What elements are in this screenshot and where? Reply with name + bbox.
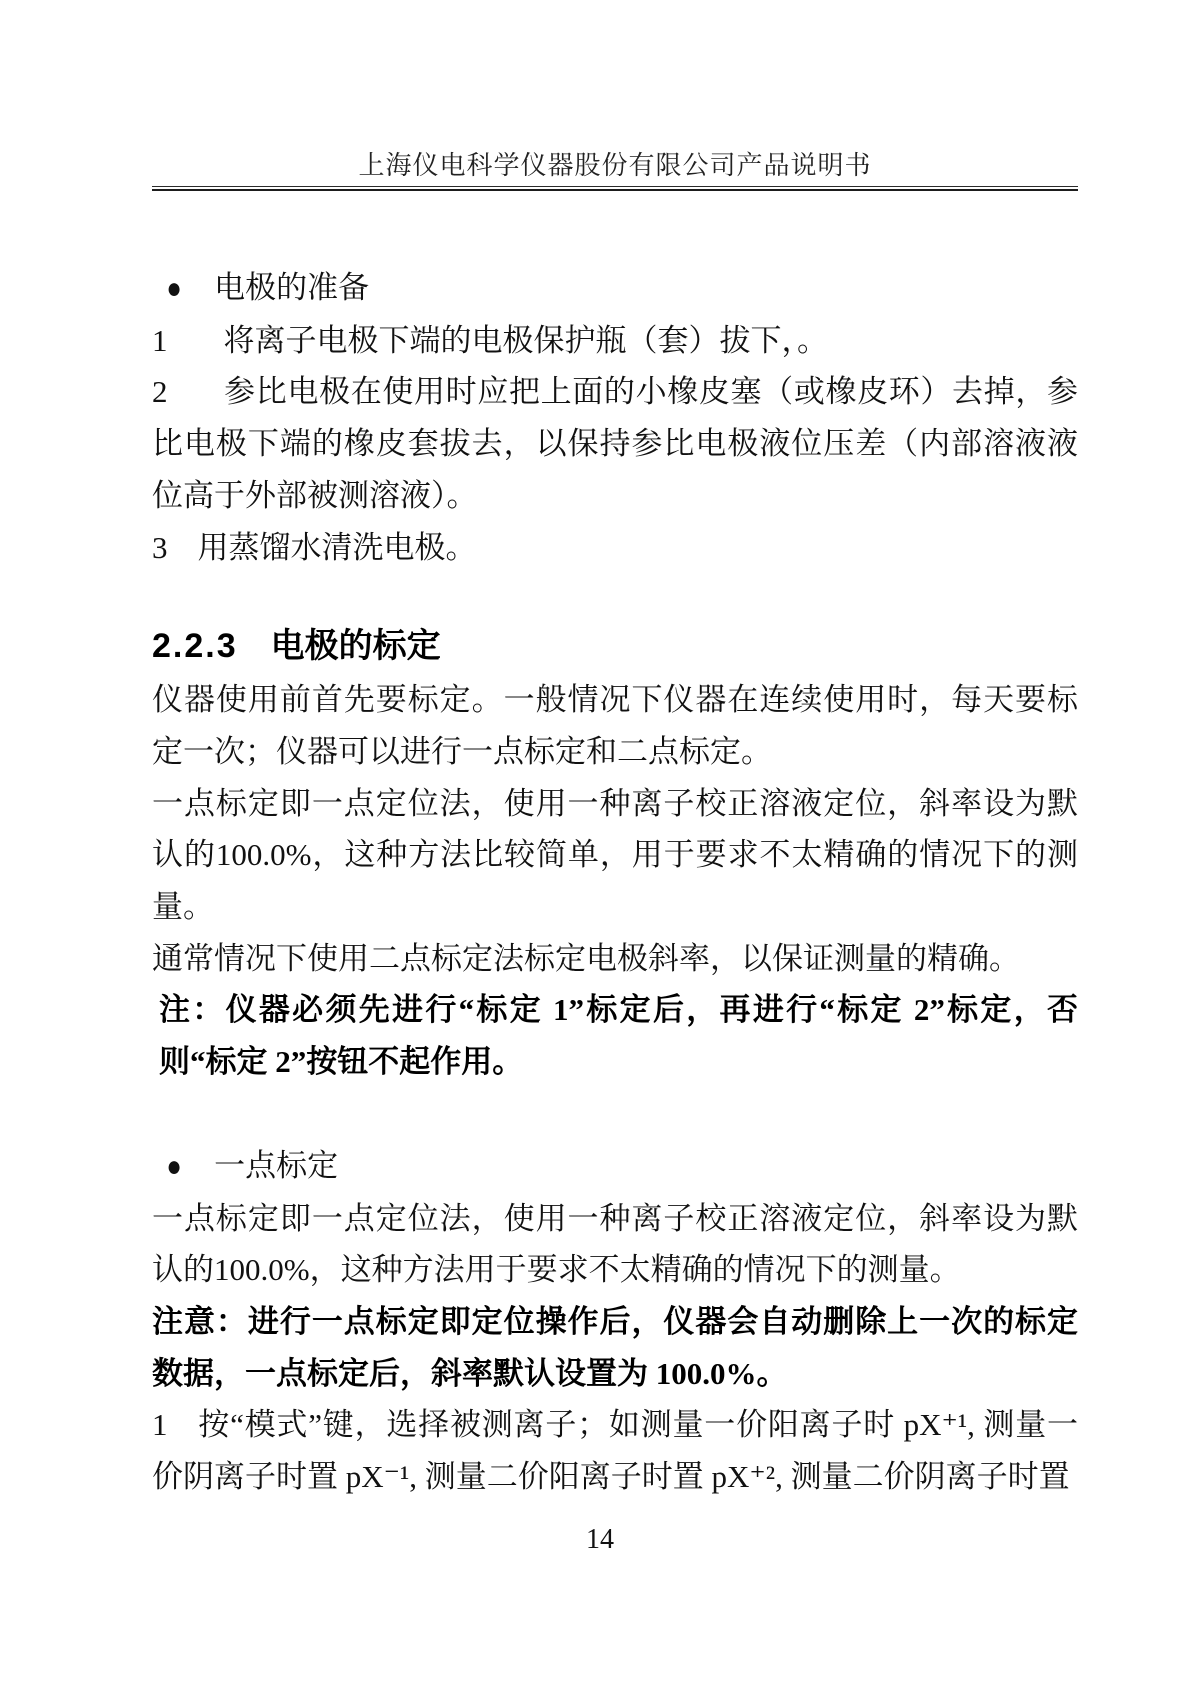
numbered-item-2: 2参比电极在使用时应把上面的小橡皮塞（或橡皮环）去掉，参比电极下端的橡皮套拔去，… [152, 366, 1078, 521]
bullet-dot-icon: ● [166, 1141, 181, 1193]
bullet-label: 电极的准备 [214, 270, 369, 305]
calibration-paragraph-2: 一点标定即一点定位法，使用一种离子校正溶液定位，斜率设为默认的100.0%，这种… [152, 778, 1078, 933]
calibration-paragraph-1: 仪器使用前首先要标定。一般情况下仪器在连续使用时，每天要标定一次；仪器可以进行一… [152, 674, 1078, 777]
page-content: 上海仪电科学仪器股份有限公司产品说明书 ●电极的准备 1将离子电极下端的电极保护… [152, 0, 1078, 1503]
item-number: 2 [152, 366, 224, 418]
numbered-item-1: 1将离子电极下端的电极保护瓶（套）拔下，。 [152, 315, 1078, 367]
item-number: 3 [152, 522, 198, 574]
item-text: 用蒸馏水清洗电极。 [198, 530, 477, 565]
calibration-paragraph-3: 通常情况下使用二点标定法标定电极斜率，以保证测量的精确。 [152, 933, 1078, 985]
heading-title: 电极的标定 [271, 627, 441, 665]
calibration-note: 注：仪器必须先进行“标定 1”标定后，再进行“标定 2”标定，否则“标定 2”按… [152, 984, 1078, 1087]
one-point-paragraph-1: 一点标定即一点定位法，使用一种离子校正溶液定位，斜率设为默认的100.0%，这种… [152, 1193, 1078, 1296]
section-electrode-preparation: ●电极的准备 1将离子电极下端的电极保护瓶（套）拔下，。 2参比电极在使用时应把… [152, 262, 1078, 573]
heading-number: 2.2.3 [152, 627, 271, 665]
bullet-item-one-point: ●一点标定 [152, 1140, 1078, 1193]
item-number: 1 [152, 315, 224, 367]
manual-page: 上海仪电科学仪器股份有限公司产品说明书 ●电极的准备 1将离子电极下端的电极保护… [0, 0, 1200, 1702]
section-one-point-calibration: ●一点标定 一点标定即一点定位法，使用一种离子校正溶液定位，斜率设为默认的100… [152, 1140, 1078, 1503]
item-text: 将离子电极下端的电极保护瓶（套）拔下，。 [224, 323, 829, 358]
section-heading-2-2-3: 2.2.3电极的标定 [152, 620, 1078, 672]
document-header-title: 上海仪电科学仪器股份有限公司产品说明书 [152, 0, 1078, 182]
item-text: 参比电极在使用时应把上面的小橡皮塞（或橡皮环）去掉，参比电极下端的橡皮套拔去，以… [152, 374, 1078, 512]
page-number: 14 [0, 1524, 1200, 1556]
step-number: 1 [152, 1399, 198, 1451]
bullet-dot-icon: ● [166, 263, 181, 315]
one-point-note: 注意：进行一点标定即定位操作后，仪器会自动删除上一次的标定数据，一点标定后，斜率… [152, 1296, 1078, 1399]
bullet-item-electrode-prep: ●电极的准备 [152, 262, 1078, 315]
bullet-label: 一点标定 [214, 1148, 338, 1183]
header-rule [152, 186, 1078, 191]
one-point-step-1: 1按“模式”键，选择被测离子；如测量一价阳离子时 pX⁺¹, 测量一价阴离子时置… [152, 1399, 1078, 1502]
section-calibration-body: 仪器使用前首先要标定。一般情况下仪器在连续使用时，每天要标定一次；仪器可以进行一… [152, 674, 1078, 1088]
step-text: 按“模式”键，选择被测离子；如测量一价阳离子时 pX⁺¹, 测量一价阴离子时置 … [152, 1407, 1078, 1494]
numbered-item-3: 3用蒸馏水清洗电极。 [152, 522, 1078, 574]
